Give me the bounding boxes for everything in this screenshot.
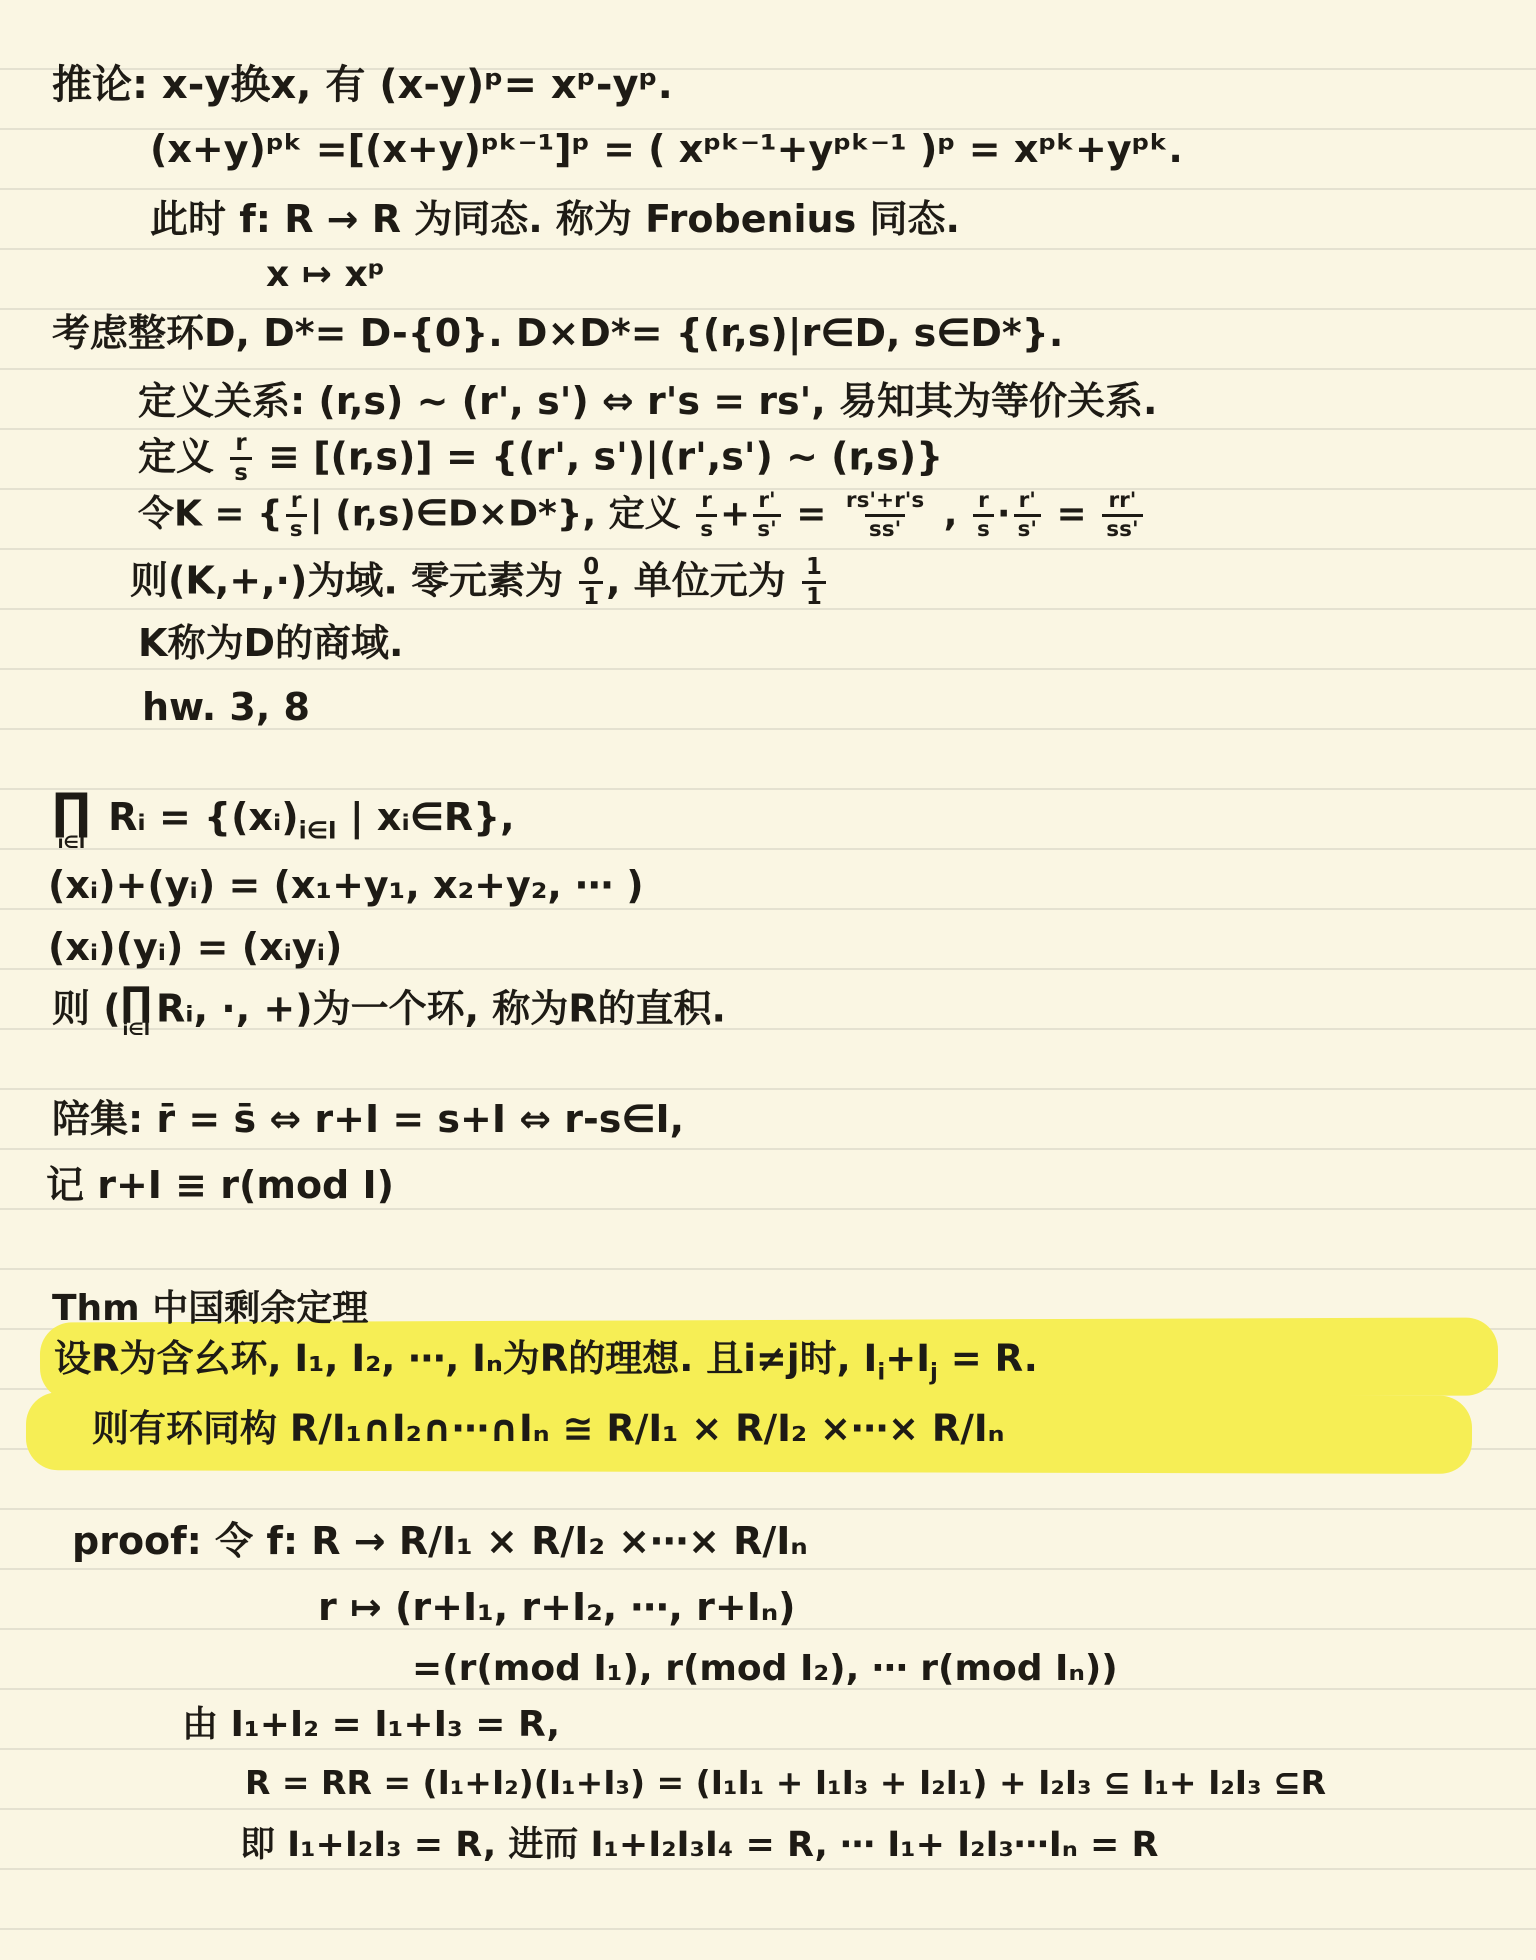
line-corollary: 推论: x-y换x, 有 (x-y)ᵖ= xᵖ-yᵖ. bbox=[52, 60, 673, 110]
line-crt-conclusion: 则有环同构 R/I₁∩I₂∩⋯∩Iₙ ≅ R/I₁ × R/I₂ ×⋯× R/I… bbox=[92, 1406, 1004, 1452]
line-map-x-to-xp: x ↦ xᵖ bbox=[266, 252, 385, 297]
line-frobenius-homomorphism: 此时 f: R → R 为同态. 称为 Frobenius 同态. bbox=[150, 196, 960, 244]
line-componentwise-multiplication: (xᵢ)(yᵢ) = (xᵢyᵢ) bbox=[48, 924, 342, 972]
line-proof-map: proof: 令 f: R → R/I₁ × R/I₂ ×⋯× R/Iₙ bbox=[72, 1518, 808, 1566]
line-define-equivalence-class: 定义 rs ≡ [(r,s)] = {(r', s')|(r',s') ~ (r… bbox=[138, 432, 943, 486]
line-proof-image: r ↦ (r+I₁, r+I₂, ⋯, r+Iₙ) bbox=[318, 1584, 796, 1632]
line-quotient-field-name: K称为D的商域. bbox=[138, 620, 403, 668]
line-componentwise-addition: (xᵢ)+(yᵢ) = (x₁+y₁, x₂+y₂, ⋯ ) bbox=[48, 862, 644, 910]
line-direct-product-conclusion: 则 (∏i∈IRᵢ, ·, +)为一个环, 称为R的直积. bbox=[52, 984, 726, 1038]
line-coset-definition: 陪集: r̄ = s̄ ⇔ r+I = s+I ⇔ r-s∈I, bbox=[52, 1096, 684, 1144]
line-k-is-field: 则(K,+,·)为域. 零元素为 01, 单位元为 11 bbox=[130, 556, 829, 610]
line-define-k-operations: 令K = {rs| (r,s)∈D×D*}, 定义 rs+r's' = rs'+… bbox=[138, 490, 1146, 541]
line-proof-conclusion: 即 I₁+I₂I₃ = R, 进而 I₁+I₂I₃I₄ = R, ⋯ I₁+ I… bbox=[240, 1824, 1158, 1868]
line-define-relation: 定义关系: (r,s) ~ (r', s') ⇔ r's = rs', 易知其为… bbox=[138, 378, 1157, 426]
line-power-formula: (x+y)ᵖᵏ =[(x+y)ᵖᵏ⁻¹]ᵖ = ( xᵖᵏ⁻¹+yᵖᵏ⁻¹ )ᵖ… bbox=[150, 126, 1183, 174]
line-homework: hw. 3, 8 bbox=[142, 684, 310, 732]
line-crt-title: Thm 中国剩余定理 bbox=[52, 1286, 368, 1331]
notebook-page: 推论: x-y换x, 有 (x-y)ᵖ= xᵖ-yᵖ. (x+y)ᵖᵏ =[(x… bbox=[0, 0, 1536, 1960]
line-mod-notation: 记 r+I ≡ r(mod I) bbox=[46, 1162, 394, 1210]
line-proof-mod-form: =(r(mod I₁), r(mod I₂), ⋯ r(mod Iₙ)) bbox=[412, 1646, 1118, 1691]
line-integral-domain-setup: 考虑整环D, D*= D-{0}. D×D*= {(r,s)|r∈D, s∈D*… bbox=[52, 310, 1063, 358]
line-proof-expansion: R = RR = (I₁+I₂)(I₁+I₃) = (I₁I₁ + I₁I₃ +… bbox=[245, 1762, 1326, 1803]
line-crt-hypothesis: 设R为含幺环, I₁, I₂, ⋯, Iₙ为R的理想. 且i≠j时, Ii+Ij… bbox=[54, 1336, 1038, 1387]
line-proof-ideal-sum: 由 I₁+I₂ = I₁+I₃ = R, bbox=[182, 1702, 560, 1747]
line-product-definition: ∏i∈I Rᵢ = {(xᵢ)i∈I | xᵢ∈R}, bbox=[52, 788, 515, 851]
